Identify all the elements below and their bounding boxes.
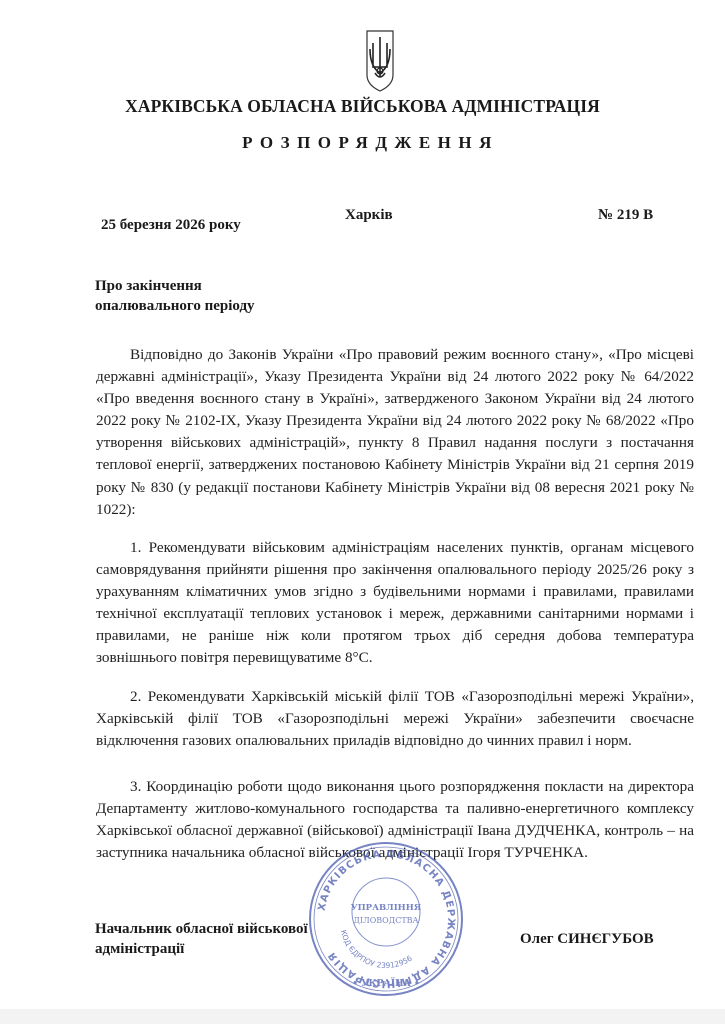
trident-coat-of-arms-icon — [365, 29, 395, 93]
signatory-position: Начальник обласної військової адміністра… — [95, 919, 308, 959]
document-type-title: РОЗПОРЯДЖЕННЯ — [0, 133, 725, 153]
document-city: Харків — [345, 207, 393, 224]
subject-line-1: Про закінчення — [95, 276, 255, 296]
official-stamp-icon: ХАРКІВСЬКА ОБЛАСНА ДЕРЖАВНА АДМІНІСТРАЦІ… — [307, 840, 465, 998]
page-bottom-margin — [0, 1009, 725, 1024]
signatory-position-line-2: адміністрації — [95, 939, 308, 959]
stamp-inner-line-1: УПРАВЛІННЯ — [351, 903, 422, 913]
document-subject: Про закінчення опалювального періоду — [95, 276, 255, 316]
document-number: № 219 В — [598, 207, 653, 224]
preamble-paragraph: Відповідно до Законів України «Про право… — [96, 344, 694, 521]
document-page: ХАРКІВСЬКА ОБЛАСНА ВІЙСЬКОВА АДМІНІСТРАЦ… — [0, 0, 725, 1009]
subject-line-2: опалювального періоду — [95, 296, 255, 316]
stamp-code: КОД ЄДРПОУ 23912956 — [339, 929, 414, 970]
svg-text:КОД ЄДРПОУ 23912956: КОД ЄДРПОУ 23912956 — [339, 929, 414, 970]
clause-2: 2. Рекомендувати Харківській міській філ… — [96, 686, 694, 752]
organization-title: ХАРКІВСЬКА ОБЛАСНА ВІЙСЬКОВА АДМІНІСТРАЦ… — [0, 96, 725, 117]
signatory-name: Олег СИНЄГУБОВ — [520, 931, 654, 948]
clause-1: 1. Рекомендувати військовим адміністраці… — [96, 537, 694, 670]
signatory-position-line-1: Начальник обласної військової — [95, 919, 308, 939]
document-date: 25 березня 2026 року — [101, 217, 241, 234]
stamp-inner-line-2: ДІЛОВОДСТВА — [353, 916, 418, 925]
